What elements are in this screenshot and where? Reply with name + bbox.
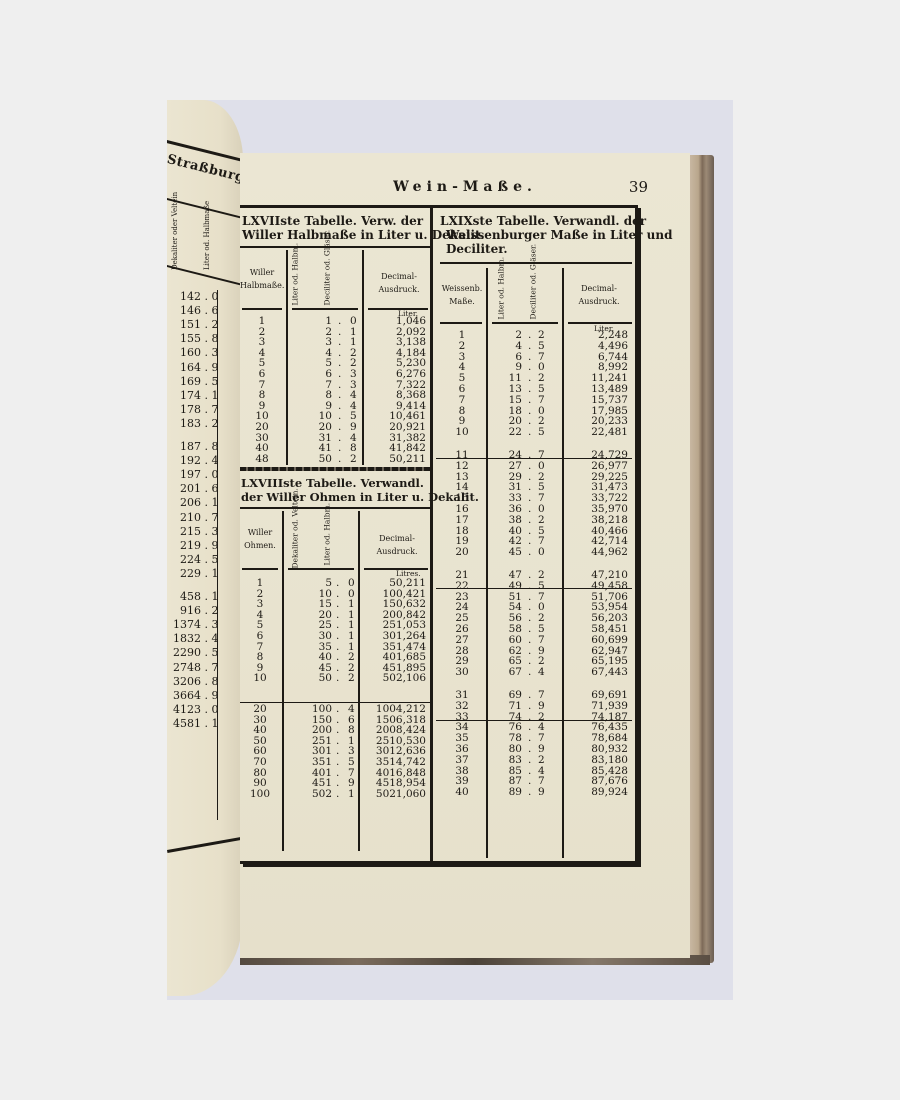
cell-minor: 2	[350, 454, 357, 465]
left-page-row: 192 . 4	[171, 454, 219, 467]
cell-separator: .	[528, 341, 531, 352]
cell-minor: 2	[538, 755, 545, 766]
cell-major: 187	[171, 440, 201, 453]
cell-decimal: 3514,742	[360, 757, 426, 768]
cell-minor: . 0	[201, 468, 219, 481]
cell-number: 70	[240, 757, 280, 768]
left-page-row: 3206 . 8	[171, 675, 219, 688]
cell-minor: . 1	[201, 717, 219, 730]
table-69-col3-header: Decimal-Ausdruck.	[566, 282, 632, 308]
table-69-title-line1: LXIXste Tabelle. Verwandl. der	[440, 214, 646, 228]
cell-separator: .	[338, 454, 341, 465]
cell-minor: 7	[538, 395, 545, 406]
cell-number: 1	[438, 330, 486, 341]
cell-major: 210	[171, 511, 201, 524]
cell-number: 20	[240, 422, 284, 433]
cell-minor: . 6	[201, 482, 219, 495]
cell-minor: . 8	[201, 675, 219, 688]
cell-minor: . 7	[201, 403, 219, 416]
cell-major: 45	[492, 547, 522, 558]
cell-separator: .	[528, 635, 531, 646]
left-page-row: 197 . 0	[171, 468, 219, 481]
cell-major: 146	[171, 304, 201, 317]
cell-major: 69	[492, 690, 522, 701]
cell-minor: 5	[348, 757, 355, 768]
cell-number: 6	[240, 631, 280, 642]
cell-separator: .	[528, 547, 531, 558]
cell-decimal: 4,496	[564, 341, 628, 352]
left-page-row: 4581 . 1	[171, 717, 219, 730]
left-page-row: 229 . 1	[171, 567, 219, 580]
cell-minor: . 9	[201, 689, 219, 702]
cell-decimal: 5021,060	[360, 789, 426, 800]
left-page-row: 2290 . 5	[171, 646, 219, 659]
cell-minor: 5	[538, 427, 545, 438]
cell-minor: . 5	[201, 375, 219, 388]
table-frame: LXVIIste Tabelle. Verw. der Willer Halbm…	[240, 205, 638, 864]
cell-minor: 4	[538, 667, 545, 678]
cell-number: 40	[438, 787, 486, 798]
left-page-row: 142 . 0	[171, 290, 219, 303]
cell-number: 16	[438, 504, 486, 515]
cell-separator: .	[528, 570, 531, 581]
cell-major: 15	[492, 395, 522, 406]
cell-number: 12	[438, 461, 486, 472]
cell-minor: 2	[538, 515, 545, 526]
cell-decimal: 49,458	[564, 581, 628, 592]
table-68-col2a-header: Dekaliter od. Veltein.	[291, 513, 300, 569]
cell-decimal: 24,729	[564, 450, 628, 461]
rule	[240, 507, 430, 509]
cell-number: 37	[438, 755, 486, 766]
col-rule	[286, 250, 288, 465]
book-cover-edge	[688, 155, 714, 963]
table-69-col2a-header: Liter od. Halbm.	[497, 270, 506, 320]
cell-minor: 5	[538, 384, 545, 395]
cell-separator: .	[338, 422, 341, 433]
cell-major: 229	[171, 567, 201, 580]
cell-major: 2	[492, 330, 522, 341]
cell-minor: . 8	[201, 440, 219, 453]
cell-separator: .	[528, 690, 531, 701]
cell-number: 48	[240, 454, 284, 465]
left-page: Straßburger Ohmen Dekaliter oder Veltein…	[167, 100, 243, 996]
cell-decimal: 58,451	[564, 624, 628, 635]
cell-major: 58	[492, 624, 522, 635]
page-number: 39	[629, 178, 648, 196]
cell-major: 206	[171, 496, 201, 509]
cell-minor: 0	[348, 578, 355, 589]
table-67-col2b-header: Deciliter od. Gläser.	[323, 256, 332, 306]
cell-major: 197	[171, 468, 201, 481]
cell-minor: 2	[538, 330, 545, 341]
rule	[292, 308, 358, 310]
cell-decimal: 69,691	[564, 690, 628, 701]
cell-separator: .	[336, 704, 339, 715]
left-page-header: Dekaliter oder Veltein	[171, 192, 179, 270]
cell-minor: . 5	[201, 553, 219, 566]
cell-minor: 7	[538, 450, 545, 461]
cell-major: 22	[492, 427, 522, 438]
cell-separator: .	[528, 581, 531, 592]
cell-minor: . 5	[201, 646, 219, 659]
cell-major: 4	[492, 341, 522, 352]
cell-major: 1832	[171, 632, 201, 645]
cell-minor: . 1	[201, 389, 219, 402]
cell-decimal: 47,210	[564, 570, 628, 581]
cell-separator: .	[336, 631, 339, 642]
cell-number: 1	[240, 316, 284, 327]
cell-major: 169	[171, 375, 201, 388]
rule	[436, 588, 632, 589]
cell-separator: .	[528, 667, 531, 678]
cell-separator: .	[528, 384, 531, 395]
cell-major: 192	[171, 454, 201, 467]
table-67-col1-header: Willer Halbmaße.	[240, 266, 284, 292]
cell-decimal: 2,248	[564, 330, 628, 341]
cell-number: 6	[240, 369, 284, 380]
cell-minor: 0	[538, 547, 545, 558]
cell-major: 67	[492, 667, 522, 678]
cell-major: 4581	[171, 717, 201, 730]
cell-minor: . 0	[201, 290, 219, 303]
table-68-col2b-header: Liter od. Halbm.	[323, 516, 332, 566]
cell-decimal: 89,924	[564, 787, 628, 798]
cell-major: 224	[171, 553, 201, 566]
cell-major: 2290	[171, 646, 201, 659]
cell-major: 24	[492, 450, 522, 461]
cell-minor: . 4	[201, 454, 219, 467]
cell-minor: 9	[538, 701, 545, 712]
cell-number: 32	[438, 701, 486, 712]
table-67-title-line1: LXVIIste Tabelle. Verw. der	[242, 214, 423, 228]
cell-major: 215	[171, 525, 201, 538]
cell-decimal: 67,443	[564, 667, 628, 678]
cell-number: 27	[438, 635, 486, 646]
table-68-col3-header: Decimal-Ausdruck.	[364, 532, 430, 558]
cell-major: 27	[492, 461, 522, 472]
cell-major: 49	[492, 581, 522, 592]
left-page-row: 1832 . 4	[171, 632, 219, 645]
running-head: Wein-Maße.	[240, 179, 690, 195]
left-page-row: 458 . 1	[171, 590, 219, 603]
cell-decimal: 502,106	[360, 673, 426, 684]
col-rule	[486, 268, 488, 858]
cell-minor: 3	[350, 369, 357, 380]
cell-major: 2748	[171, 661, 201, 674]
left-page-row: 164 . 9	[171, 361, 219, 374]
cell-number: 31	[438, 690, 486, 701]
cell-separator: .	[528, 450, 531, 461]
left-page-row: 183 . 2	[171, 417, 219, 430]
cell-major: 164	[171, 361, 201, 374]
cell-minor: 4	[348, 704, 355, 715]
left-page-row: 178 . 7	[171, 403, 219, 416]
cell-minor: 7	[538, 690, 545, 701]
cell-minor: 5	[538, 624, 545, 635]
table-69-col1-header: Weissenb. Maße.	[438, 282, 486, 308]
cell-minor: 2	[538, 570, 545, 581]
cell-major: 1374	[171, 618, 201, 631]
cell-major: 178	[171, 403, 201, 416]
cell-number: 2	[438, 341, 486, 352]
cell-minor: . 1	[201, 567, 219, 580]
table-68-title-line1: LXVIIIste Tabelle. Verwandl.	[241, 476, 424, 490]
cell-decimal: 26,977	[564, 461, 628, 472]
cell-decimal: 60,699	[564, 635, 628, 646]
col-rule	[282, 511, 284, 851]
left-page-row: 215 . 3	[171, 525, 219, 538]
cell-major: 47	[492, 570, 522, 581]
left-page-row: 174 . 1	[171, 389, 219, 402]
cell-decimal: 1,046	[364, 316, 426, 327]
cell-minor: 0	[538, 461, 545, 472]
table-69-col2b-header: Deciliter od. Gläser.	[529, 270, 538, 320]
cell-separator: .	[528, 330, 531, 341]
cell-minor: 9	[350, 422, 357, 433]
cell-decimal: 50,211	[364, 454, 426, 465]
left-page-vline	[217, 290, 218, 820]
table-67-col3-header: Decimal-Ausdruck.	[368, 270, 430, 296]
left-page-row: 2748 . 7	[171, 661, 219, 674]
cell-major: 50	[292, 454, 332, 465]
cell-number: 10	[240, 673, 280, 684]
cell-minor: 2	[348, 673, 355, 684]
cell-decimal: 35,970	[564, 504, 628, 515]
rule	[436, 720, 632, 721]
cell-separator: .	[336, 578, 339, 589]
left-page-row: 187 . 8	[171, 440, 219, 453]
left-page-row: 169 . 5	[171, 375, 219, 388]
cell-number: 100	[240, 789, 280, 800]
cell-major: 13	[492, 384, 522, 395]
left-page-row: 4123 . 0	[171, 703, 219, 716]
cell-major: 20	[292, 422, 332, 433]
cell-decimal: 6,276	[364, 369, 426, 380]
left-page-row: 146 . 6	[171, 304, 219, 317]
cell-major: 30	[288, 631, 332, 642]
cell-number: 26	[438, 624, 486, 635]
cell-separator: .	[528, 701, 531, 712]
left-page-row: 3664 . 9	[171, 689, 219, 702]
cell-major: 1	[292, 316, 332, 327]
cell-major: 38	[492, 515, 522, 526]
cell-number: 22	[438, 581, 486, 592]
cell-number: 20	[240, 704, 280, 715]
cell-major: 916	[171, 604, 201, 617]
cell-major: 3206	[171, 675, 201, 688]
cell-separator: .	[528, 395, 531, 406]
cell-number: 30	[438, 667, 486, 678]
cell-minor: . 1	[201, 590, 219, 603]
cell-major: 183	[171, 417, 201, 430]
cell-minor: . 3	[201, 346, 219, 359]
cell-minor: . 2	[201, 318, 219, 331]
cell-minor: . 9	[201, 539, 219, 552]
cell-major: 458	[171, 590, 201, 603]
cell-number: 6	[438, 384, 486, 395]
cell-major: 351	[288, 757, 332, 768]
cell-number: 21	[438, 570, 486, 581]
cell-major: 502	[288, 789, 332, 800]
cell-minor: 1	[348, 789, 355, 800]
cell-minor: . 1	[201, 496, 219, 509]
cell-separator: .	[528, 787, 531, 798]
cell-minor: 5	[538, 341, 545, 352]
rule	[440, 322, 482, 324]
cell-minor: . 2	[201, 417, 219, 430]
cell-decimal: 1004,212	[360, 704, 426, 715]
left-page-row: 155 . 8	[171, 332, 219, 345]
left-page-header: Liter od. Halbmaße	[203, 201, 211, 270]
cell-number: 11	[438, 450, 486, 461]
cell-minor: . 8	[201, 332, 219, 345]
cell-decimal: 22,481	[564, 427, 628, 438]
cell-major: 160	[171, 346, 201, 359]
table-69-title-line2: Weissenburger Maße in Liter und	[446, 228, 673, 242]
cell-separator: .	[528, 427, 531, 438]
cell-number: 17	[438, 515, 486, 526]
cell-minor: . 2	[201, 604, 219, 617]
cell-decimal: 80,932	[564, 744, 628, 755]
cell-separator: .	[528, 755, 531, 766]
cell-major: 151	[171, 318, 201, 331]
cell-decimal: 20,921	[364, 422, 426, 433]
cell-number: 20	[438, 547, 486, 558]
cell-major: 219	[171, 539, 201, 552]
cell-minor: 5	[538, 581, 545, 592]
cell-minor: 0	[538, 504, 545, 515]
cell-major: 3664	[171, 689, 201, 702]
cell-major: 142	[171, 290, 201, 303]
left-page-row: 1374 . 3	[171, 618, 219, 631]
cell-major: 83	[492, 755, 522, 766]
table-69-title-line3: Deciliter.	[446, 242, 508, 256]
cell-minor: 9	[538, 744, 545, 755]
cell-separator: .	[336, 789, 339, 800]
cell-minor: . 3	[201, 618, 219, 631]
cell-separator: .	[528, 461, 531, 472]
rule	[492, 322, 558, 324]
rule	[436, 458, 632, 459]
cell-separator: .	[528, 515, 531, 526]
cell-minor: 1	[348, 631, 355, 642]
cell-major: 174	[171, 389, 201, 402]
cell-decimal: 44,962	[564, 547, 628, 558]
rule	[288, 568, 354, 570]
cell-major: 36	[492, 504, 522, 515]
left-page-row: 210 . 7	[171, 511, 219, 524]
rule	[240, 246, 430, 248]
cell-major: 6	[292, 369, 332, 380]
left-page-row: 151 . 2	[171, 318, 219, 331]
cell-minor: . 9	[201, 361, 219, 374]
left-page-row: 219 . 9	[171, 539, 219, 552]
cell-major: 100	[288, 704, 332, 715]
cell-major: 71	[492, 701, 522, 712]
left-page-row: 160 . 3	[171, 346, 219, 359]
cell-decimal: 38,218	[564, 515, 628, 526]
frame-divider	[430, 208, 433, 861]
cell-number: 1	[240, 578, 280, 589]
cell-minor: . 7	[201, 661, 219, 674]
cell-separator: .	[336, 673, 339, 684]
cell-separator: .	[338, 316, 341, 327]
table-68-col1-header: Willer Ohmen.	[240, 526, 280, 552]
cell-major: 5	[288, 578, 332, 589]
cell-minor: 9	[538, 787, 545, 798]
cell-number: 36	[438, 744, 486, 755]
cell-separator: .	[528, 504, 531, 515]
rule	[242, 568, 278, 570]
cell-number: 10	[438, 427, 486, 438]
left-page-row: 224 . 5	[171, 553, 219, 566]
left-page-row: 206 . 1	[171, 496, 219, 509]
cell-minor: . 4	[201, 632, 219, 645]
cell-minor: . 6	[201, 304, 219, 317]
cell-decimal: 71,939	[564, 701, 628, 712]
table-67-col2a-header: Liter od. Halbm.	[291, 256, 300, 306]
cell-decimal: 50,211	[360, 578, 426, 589]
cell-decimal: 83,180	[564, 755, 628, 766]
cell-major: 50	[288, 673, 332, 684]
left-page-row: 916 . 2	[171, 604, 219, 617]
cell-minor: . 7	[201, 511, 219, 524]
cell-decimal: 15,737	[564, 395, 628, 406]
cell-separator: .	[528, 744, 531, 755]
cell-decimal: 13,489	[564, 384, 628, 395]
cell-decimal: 301,264	[360, 631, 426, 642]
cell-major: 155	[171, 332, 201, 345]
cell-major: 4123	[171, 703, 201, 716]
cell-number: 7	[438, 395, 486, 406]
left-page-rule	[167, 836, 243, 853]
rule	[242, 308, 282, 310]
cell-minor: . 3	[201, 525, 219, 538]
cell-separator: .	[528, 624, 531, 635]
rule	[240, 702, 430, 703]
cell-major: 89	[492, 787, 522, 798]
cell-separator: .	[336, 757, 339, 768]
cell-minor: 0	[350, 316, 357, 327]
left-page-row: 201 . 6	[171, 482, 219, 495]
rule	[240, 467, 430, 471]
right-page: Wein-Maße. 39 LXVIIste Tabelle. Verw. de…	[240, 153, 690, 958]
cell-major: 80	[492, 744, 522, 755]
cell-minor: . 0	[201, 703, 219, 716]
cell-minor: 7	[538, 635, 545, 646]
cell-major: 60	[492, 635, 522, 646]
cell-separator: .	[338, 369, 341, 380]
cell-major: 201	[171, 482, 201, 495]
